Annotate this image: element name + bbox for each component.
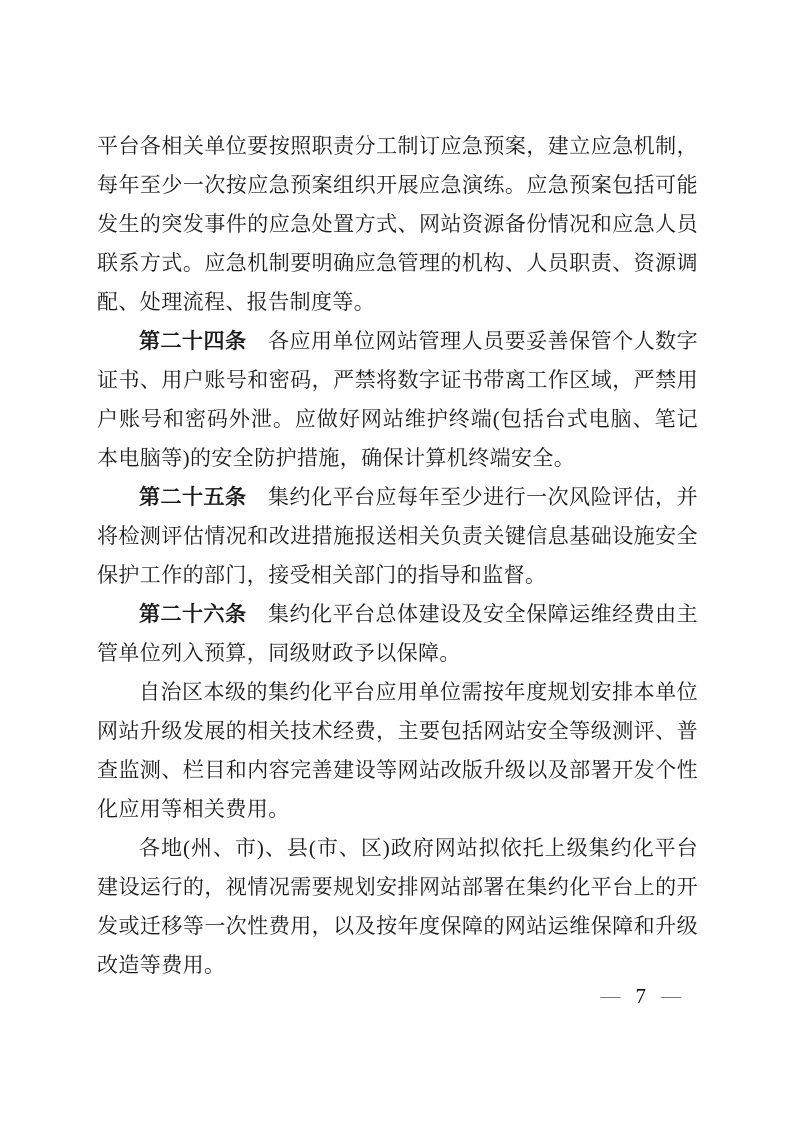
paragraph-article-24: 第二十四条 各应用单位网站管理人员要妥善保管个人数字证书、用户账号和密码，严禁将… [97,322,698,478]
document-page: 平台各相关单位要按照职责分工制订应急预案，建立应急机制，每年至少一次按应急预案组… [0,0,793,1122]
paragraph: 各地(州、市)、县(市、区)政府网站拟依托上级集约化平台建设运行的，视情况需要规… [97,829,698,985]
paragraph: 自治区本级的集约化平台应用单位需按年度规划安排本单位网站升级发展的相关技术经费，… [97,673,698,829]
paragraph: 平台各相关单位要按照职责分工制订应急预案，建立应急机制，每年至少一次按应急预案组… [97,127,698,322]
article-number: 第二十五条 [139,486,247,509]
footer-dash-left: — [601,984,621,1008]
paragraph-article-25: 第二十五条 集约化平台应每年至少进行一次风险评估，并将检测评估情况和改进措施报送… [97,478,698,595]
paragraph-text: 各地(州、市)、县(市、区)政府网站拟依托上级集约化平台建设运行的，视情况需要规… [97,836,698,977]
page-number: 7 [636,984,647,1008]
footer-dash-right: — [661,984,681,1008]
article-number: 第二十四条 [139,330,247,353]
page-footer: — 7 — [601,984,682,1008]
paragraph-text: 平台各相关单位要按照职责分工制订应急预案，建立应急机制，每年至少一次按应急预案组… [97,134,698,314]
paragraph-text: 自治区本级的集约化平台应用单位需按年度规划安排本单位网站升级发展的相关技术经费，… [97,680,698,821]
document-body: 平台各相关单位要按照职责分工制订应急预案，建立应急机制，每年至少一次按应急预案组… [97,127,698,985]
paragraph-article-26: 第二十六条 集约化平台总体建设及安全保障运维经费由主管单位列入预算，同级财政予以… [97,595,698,673]
article-number: 第二十六条 [139,603,247,626]
